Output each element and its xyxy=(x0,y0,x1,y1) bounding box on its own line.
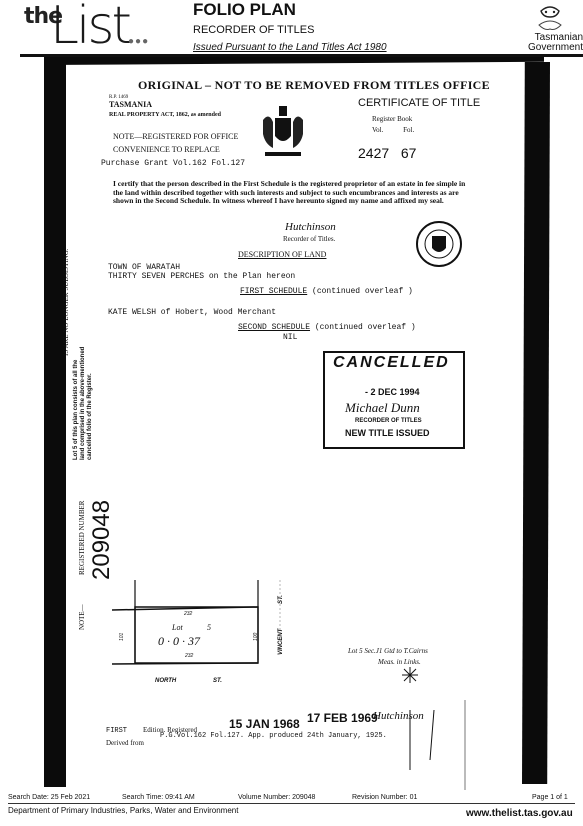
town: TOWN OF WARATAH xyxy=(108,263,180,272)
page-subtitle: RECORDER OF TITLES xyxy=(193,24,314,36)
note-line-2: CONVENIENCE TO REPLACE xyxy=(113,145,220,154)
perches: THIRTY SEVEN PERCHES on the Plan hereon xyxy=(108,272,295,281)
tasmanian-devil-logo-icon xyxy=(535,3,565,33)
certificate-of-title: CERTIFICATE OF TITLE xyxy=(358,97,480,109)
north-arrow-icon xyxy=(400,665,420,685)
lot-note: Lot 5 of this plan consists of all the l… xyxy=(73,347,94,460)
lot-section-note: Lot 5 Sec.J1 Gtd to T.Cairns xyxy=(348,647,428,655)
lot-label: Lot xyxy=(172,623,183,632)
logo-dots: ●●● xyxy=(128,36,149,47)
tas-gov-text: Tasmanian Government xyxy=(528,33,583,53)
tasmania-label: TASMANIA xyxy=(109,100,152,109)
revision-number: Revision Number: 01 xyxy=(352,794,417,801)
cancelled-date: - 2 DEC 1994 xyxy=(365,387,420,397)
registered-number: 209048 xyxy=(88,500,116,580)
department: Department of Primary Industries, Parks,… xyxy=(8,806,238,815)
dim-left: 101 xyxy=(119,633,125,641)
coat-of-arms-icon xyxy=(253,100,313,160)
page-indicator: Page 1 of 1 xyxy=(532,794,568,801)
vincent-street-st: ST. xyxy=(278,595,284,604)
purchase-grant: Purchase Grant Vol.162 Fol.127 xyxy=(101,159,245,168)
page-title: FOLIO PLAN xyxy=(193,0,296,20)
search-time: Search Time: 09:41 AM xyxy=(122,794,195,801)
footer-rule xyxy=(8,803,575,804)
lot-number: 5 xyxy=(207,623,211,632)
search-date: Search Date: 25 Feb 2021 xyxy=(8,794,90,801)
description-heading: DESCRIPTION OF LAND xyxy=(238,250,326,259)
cancelled-recorder: RECORDER OF TITLES xyxy=(355,418,422,424)
registered-date-2: 17 FEB 1969 xyxy=(307,711,378,725)
subsisting-note: IS ARE NO LONGER SUBSISTING. xyxy=(62,248,70,356)
derived-detail: P.G.Vol.162 Fol.127. App. produced 24th … xyxy=(160,732,387,740)
recorder-seal-icon xyxy=(415,220,463,268)
recorder-signature: Hutchinson xyxy=(285,221,336,233)
registration-signature: Hutchinson xyxy=(373,710,424,722)
proprietor: KATE WELSH of Hobert, Wood Merchant xyxy=(108,308,276,317)
dim-bottom: 232 xyxy=(185,653,193,659)
vol-fol-numbers: 2427 67 xyxy=(358,145,416,161)
vol-fol-labels: Vol. Fol. xyxy=(372,126,432,134)
new-title-issued: NEW TITLE ISSUED xyxy=(345,428,430,438)
original-heading: ORIGINAL – NOT TO BE REMOVED FROM TITLES… xyxy=(138,78,490,93)
act-label: REAL PROPERTY ACT, 1862, as amended xyxy=(109,112,221,118)
registered-number-label: REGISTERED NUMBER xyxy=(78,501,86,575)
vincent-street: VINCENT xyxy=(278,629,284,655)
certification-text: I certify that the person described in t… xyxy=(113,180,473,206)
note-vertical: NOTE— xyxy=(78,604,86,630)
register-book-label: Register Book xyxy=(372,115,412,123)
second-schedule: SECOND SCHEDULE (continued overleaf ) xyxy=(238,323,416,332)
note-line-1: NOTE—REGISTERED FOR OFFICE xyxy=(113,132,238,141)
first-edition: FIRST xyxy=(106,727,127,735)
scan-edge-left xyxy=(44,57,66,787)
volume-number: Volume Number: 209048 xyxy=(238,794,315,801)
cancelled-word: CANCELLED xyxy=(333,354,450,372)
first-schedule: FIRST SCHEDULE (continued overleaf ) xyxy=(240,287,413,296)
lot-area: 0 · 0 · 37 xyxy=(158,634,200,649)
scan-edge-right xyxy=(522,62,550,784)
logo-list: List xyxy=(50,0,129,56)
dim-top: 232 xyxy=(184,611,192,617)
recorder-label: Recorder of Titles. xyxy=(283,235,335,243)
site-url[interactable]: www.thelist.tas.gov.au xyxy=(466,808,573,819)
issued-note: Issued Pursuant to the Land Titles Act 1… xyxy=(193,42,387,53)
registered-date-1: 15 JAN 1968 xyxy=(229,717,300,731)
dim-right: 100 xyxy=(253,633,259,641)
north-street-st: ST. xyxy=(213,678,222,684)
second-schedule-nil: NIL xyxy=(283,333,297,342)
north-street: NORTH xyxy=(155,678,176,684)
derived-from: Derived from xyxy=(106,739,144,747)
cancelled-signature: Michael Dunn xyxy=(345,400,420,416)
